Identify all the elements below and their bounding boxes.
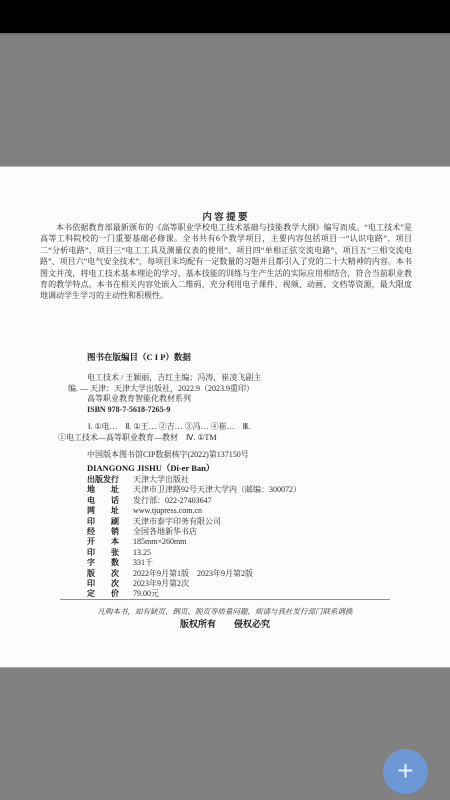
cip-line: 高等职业教育智能化教材系列 [68,394,398,405]
row-value: 185mm×260mm [133,537,186,547]
row-label: 版 次 [87,569,120,579]
row-value: 2022年9月第1版 2023年9月第2版 [133,569,253,579]
table-row: 字 数331千 [87,558,417,568]
table-row: 印 刷天津市泰宇印务有限公司 [87,517,417,527]
plus-icon: + [397,757,413,785]
table-row: 电 话发行部：022-27403647 [87,496,417,506]
publication-info-table: 出版发行天津大学出版社 地 址天津市卫津路92号天津大学内（邮编：300072）… [87,475,417,600]
cip-classification-block: Ⅰ. ①电… Ⅱ. ①王… ②吉… ③冯… ④崔… Ⅲ. ①电工技术—高等职业教… [58,422,398,443]
classification-line: Ⅰ. ①电… Ⅱ. ①王… ②吉… ③冯… ④崔… Ⅲ. [58,422,398,433]
cip-line: 电工技术 / 王颖丽，吉红主编；冯涛，崔凌飞副主 [68,373,398,384]
quality-notice: 凡购本书，如有缺页、倒页、脱页等质量问题，烦请与我社发行部门联系调换 [0,606,450,617]
row-value: 天津大学出版社 [133,475,189,485]
table-row: 经 销全国各地新华书店 [87,527,417,537]
row-value: www.tjupress.com.cn [133,506,202,516]
table-row: 开 本185mm×260mm [87,537,417,547]
row-value: 331千 [133,558,153,568]
status-bar [0,0,450,35]
cip-line: 编. — 天津：天津大学出版社，2022.9（2023.9重印） [68,384,398,395]
row-label: 出版发行 [87,475,120,485]
reader-screen: 内 容 提 要 本书依据教育部最新颁布的《高等职业学校电工技术基础与技能教学大纲… [0,0,450,800]
cip-record-number: 中国版本图书馆CIP数据核字(2022)第137150号 [87,449,249,460]
table-row: 版 次2022年9月第1版 2023年9月第2版 [87,569,417,579]
row-label: 印 张 [87,548,120,558]
row-value: 全国各地新华书店 [133,527,197,537]
table-row: 网 址www.tjupress.com.cn [87,506,417,516]
row-label: 地 址 [87,485,120,495]
table-row: 出版发行天津大学出版社 [87,475,417,485]
table-row: 印 次2023年9月第2次 [87,579,417,589]
row-label: 印 次 [87,579,120,589]
classification-line: ①电工技术—高等职业教育—教材 Ⅳ. ①TM [58,433,398,444]
row-label: 电 话 [87,496,120,506]
row-label: 印 刷 [87,517,120,527]
table-row: 印 张13.25 [87,548,417,558]
content-summary-paragraph: 本书依据教育部最新颁布的《高等职业学校电工技术基础与技能教学大纲》编写而成。“电… [40,222,412,302]
cip-record-block: 电工技术 / 王颖丽，吉红主编；冯涛，崔凌飞副主 编. — 天津：天津大学出版社… [68,373,398,415]
row-value: 2023年9月第2次 [133,579,189,589]
row-label: 开 本 [87,537,120,547]
cip-heading: 图书在版编目（C I P）数据 [87,351,191,363]
isbn-line: ISBN 978-7-5618-7265-9 [68,405,398,416]
content-summary-heading: 内 容 提 要 [0,209,450,223]
table-row: 地 址天津市卫津路92号天津大学内（邮编：300072） [87,485,417,495]
row-label: 字 数 [87,558,120,568]
row-label: 网 址 [87,506,120,516]
row-value: 发行部：022-27403647 [133,496,212,506]
row-value: 天津市卫津路92号天津大学内（邮编：300072） [133,485,301,495]
row-value: 13.25 [133,548,151,558]
row-value: 天津市泰宇印务有限公司 [133,517,221,527]
footer-divider [60,599,390,600]
add-button[interactable]: + [383,749,428,794]
row-label: 经 销 [87,527,120,537]
pinyin-title: DIANGONG JISHU（Di-er Ban） [87,462,214,474]
copyright-statement: 版权所有 侵权必究 [0,617,450,630]
book-page-surface[interactable]: 内 容 提 要 本书依据教育部最新颁布的《高等职业学校电工技术基础与技能教学大纲… [0,166,450,668]
